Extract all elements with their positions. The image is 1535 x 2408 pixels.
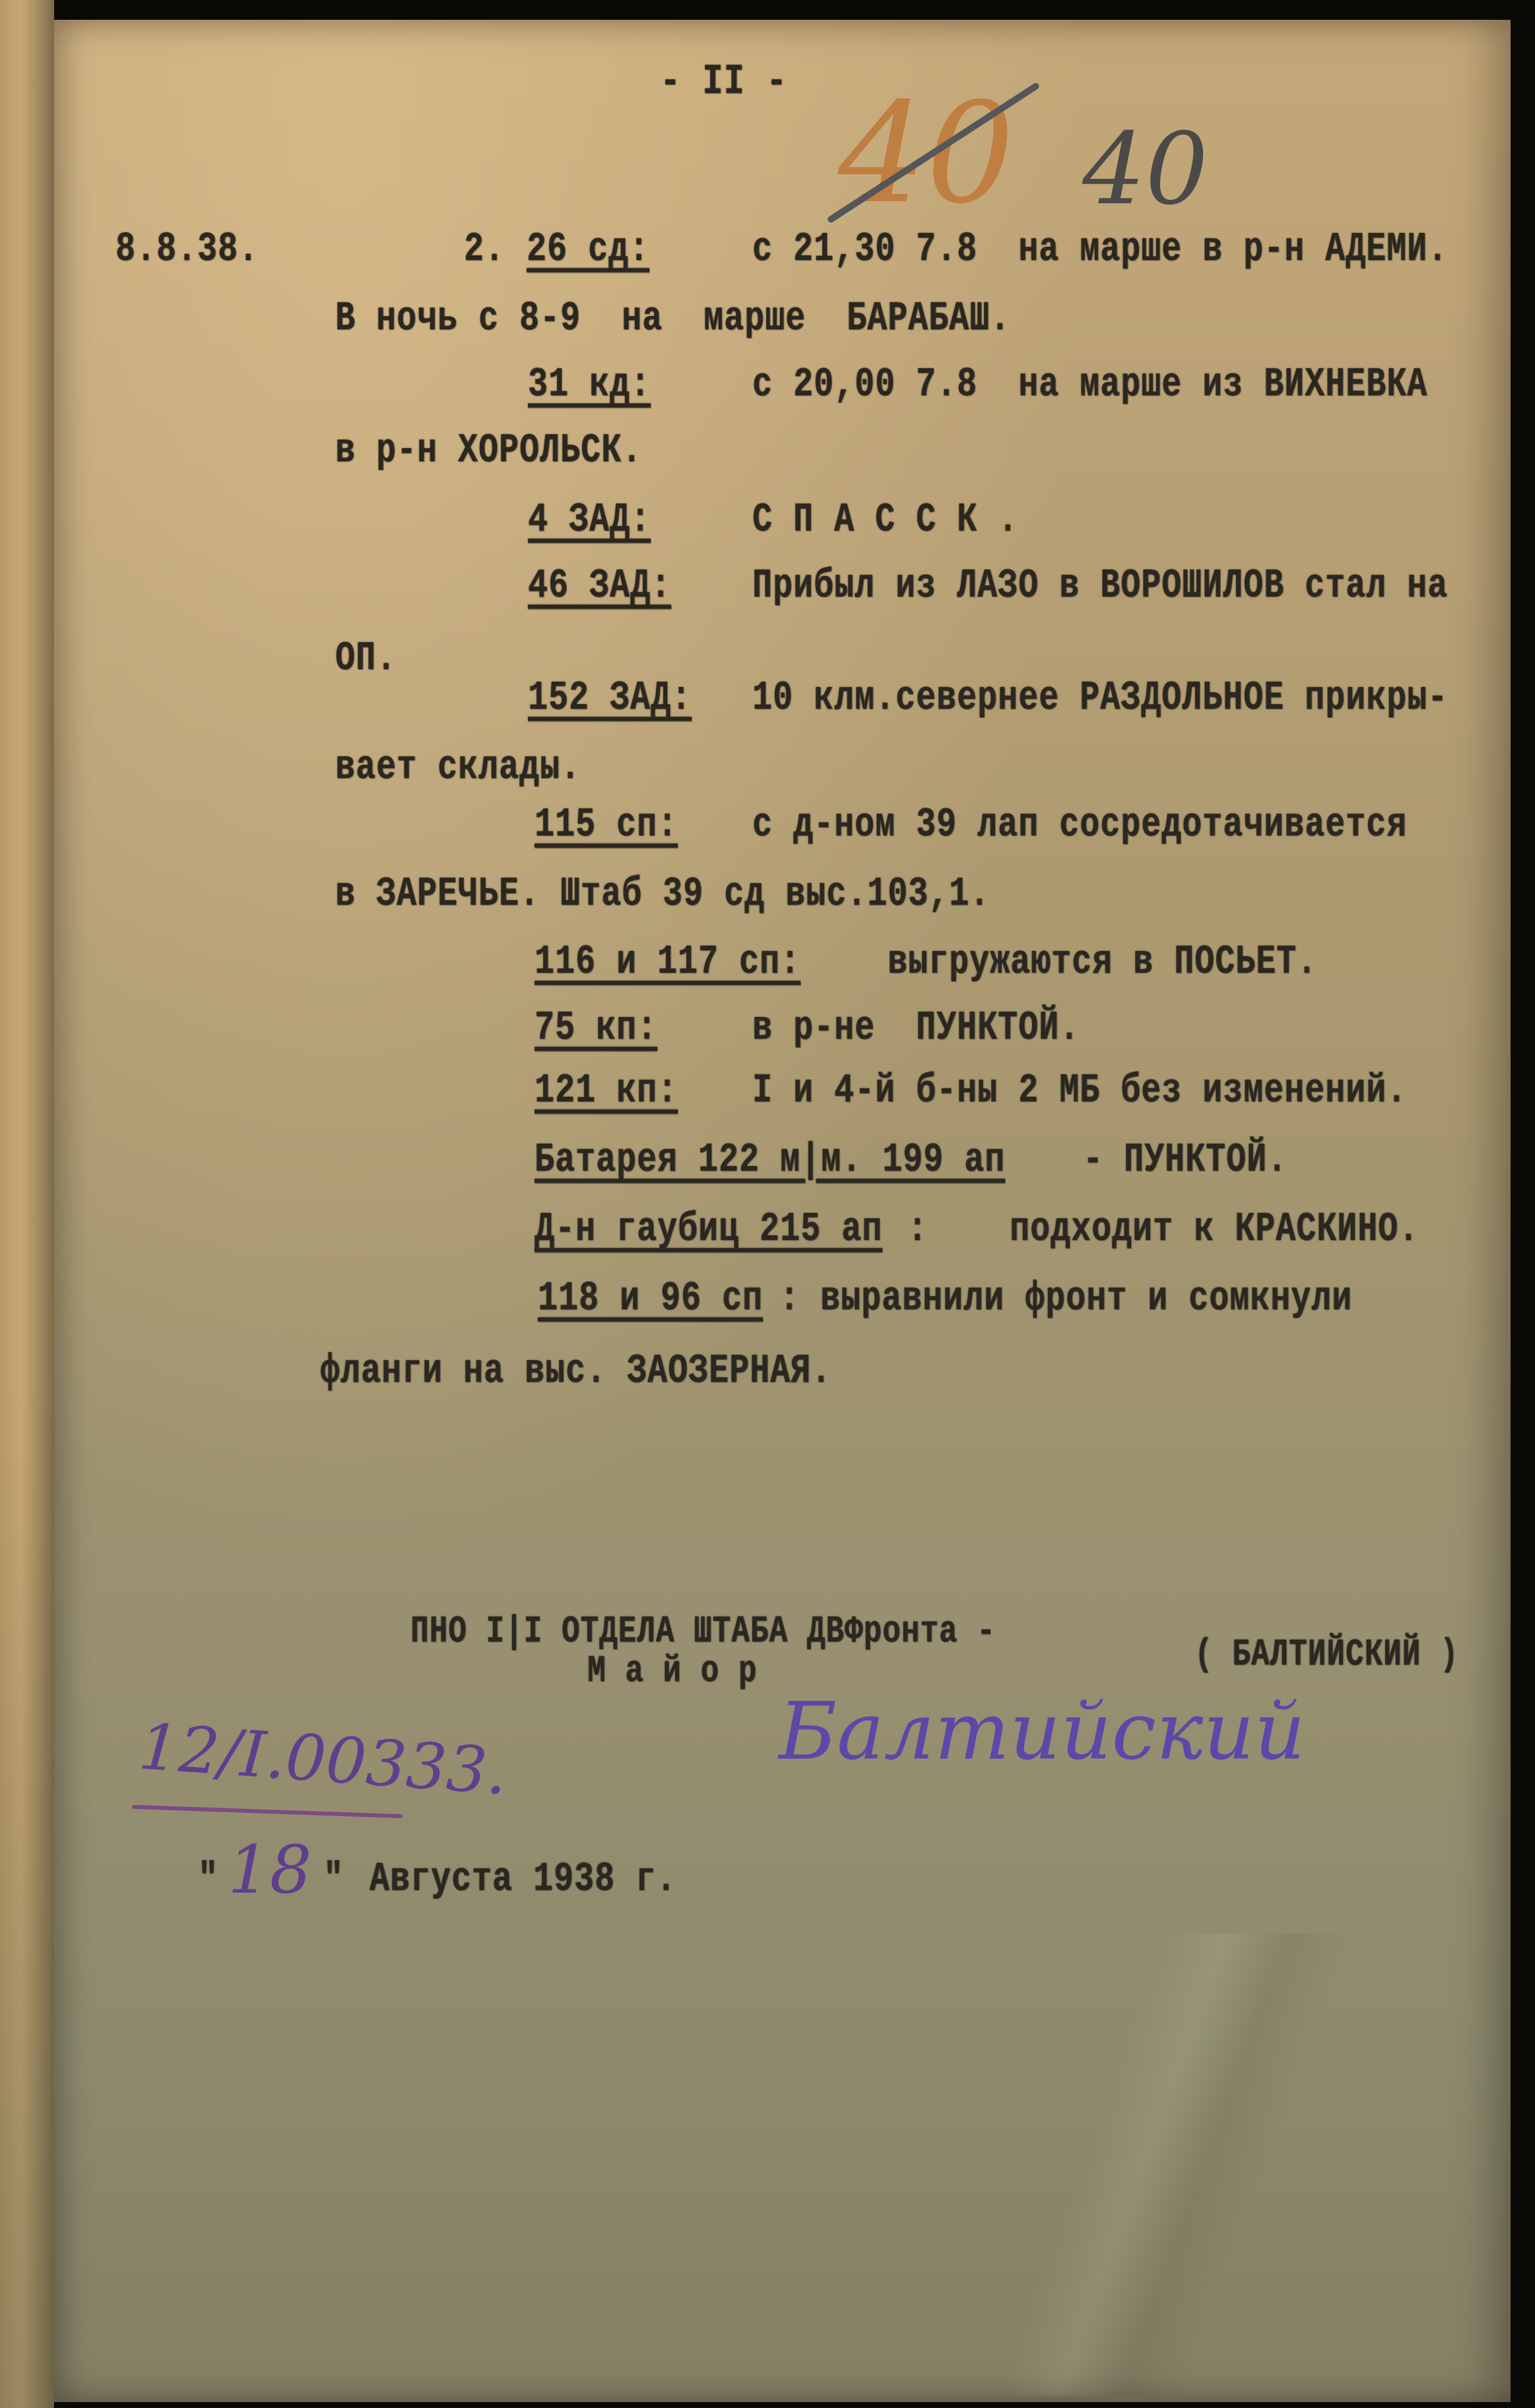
handwritten-signature: Балтийский [779, 1686, 1305, 1778]
paper-crease [912, 1934, 1374, 2395]
entry-continuation: ОП. [335, 639, 397, 680]
entry-continuation: в ЗАРЕЧЬЕ. Штаб 39 сд выс.103,1. [335, 874, 990, 916]
date-open-quote: " [198, 1860, 218, 1901]
unit-label: Батарея 122 м|м. 199 ап [535, 1140, 1005, 1182]
unit-label: 26 сд: [527, 230, 649, 271]
margin-date: 8.8.38. [115, 230, 259, 271]
unit-label: 118 и 96 сп [538, 1279, 763, 1320]
unit-label: 31 кд: [528, 365, 651, 407]
entry-text: выгружаются в ПОСЬЕТ. [888, 942, 1317, 984]
entry-continuation: фланги на выс. ЗАОЗЕРНАЯ. [320, 1351, 832, 1393]
unit-label: 115 сп: [535, 805, 678, 847]
unit-label: Д-н гаубиц 215 ап [535, 1210, 882, 1251]
entry-text: в р-не ПУНКТОЙ. [752, 1008, 1080, 1050]
signatory-rank: М а й о р [587, 1652, 757, 1691]
entry-text: Прибыл из ЛАЗО в ВОРОШИЛОВ стал на [752, 566, 1448, 608]
unit-label: 116 и 117 сп: [535, 942, 800, 984]
unit-label: 152 ЗАД: [528, 678, 692, 720]
entry-text: : подходит к КРАСКИНО. [907, 1210, 1419, 1251]
entry-text: с д-ном 39 лап сосредотачивается [752, 805, 1407, 847]
signatory-name: ( БАЛТИЙСКИЙ ) [1194, 1636, 1458, 1674]
page-number: - II - [660, 61, 787, 104]
unit-label: 121 кп: [535, 1071, 678, 1113]
unit-label: 4 ЗАД: [528, 500, 651, 542]
folio-number-corrected: 40 [1082, 112, 1208, 227]
unit-label: 75 кп: [535, 1008, 657, 1050]
date-day-handwritten: 18 [228, 1831, 311, 1908]
entry-text: : выравнили фронт и сомкнули [759, 1279, 1352, 1320]
entry-text: С П А С С К . [752, 500, 1018, 542]
date-close-quote: " [323, 1860, 344, 1901]
entry-text: 10 клм.севернее РАЗДОЛЬНОЕ прикры- [752, 678, 1448, 720]
entry-text: с 21,30 7.8 на марше в р-н АДЕМИ. [752, 230, 1448, 271]
unit-label: 46 ЗАД: [528, 566, 671, 608]
entry-continuation: вает склады. [335, 748, 581, 789]
entry-continuation: в р-н ХОРОЛЬСК. [335, 431, 642, 472]
paragraph-number: 2. [464, 230, 505, 271]
entry-text: - ПУНКТОЙ. [1062, 1140, 1288, 1182]
signatory-position: ПНО I|I ОТДЕЛА ШТАБА ДВФронта - [410, 1613, 996, 1651]
entry-continuation: В ночь с 8-9 на марше БАРАБАШ. [335, 299, 1010, 341]
entry-text: с 20,00 7.8 на марше из ВИХНЕВКА [752, 365, 1427, 407]
binding-shadow [0, 1386, 54, 2408]
entry-text: I и 4-й б-ны 2 МБ без изменений. [752, 1071, 1407, 1113]
date-month-year: Августа 1938 г. [370, 1860, 676, 1901]
